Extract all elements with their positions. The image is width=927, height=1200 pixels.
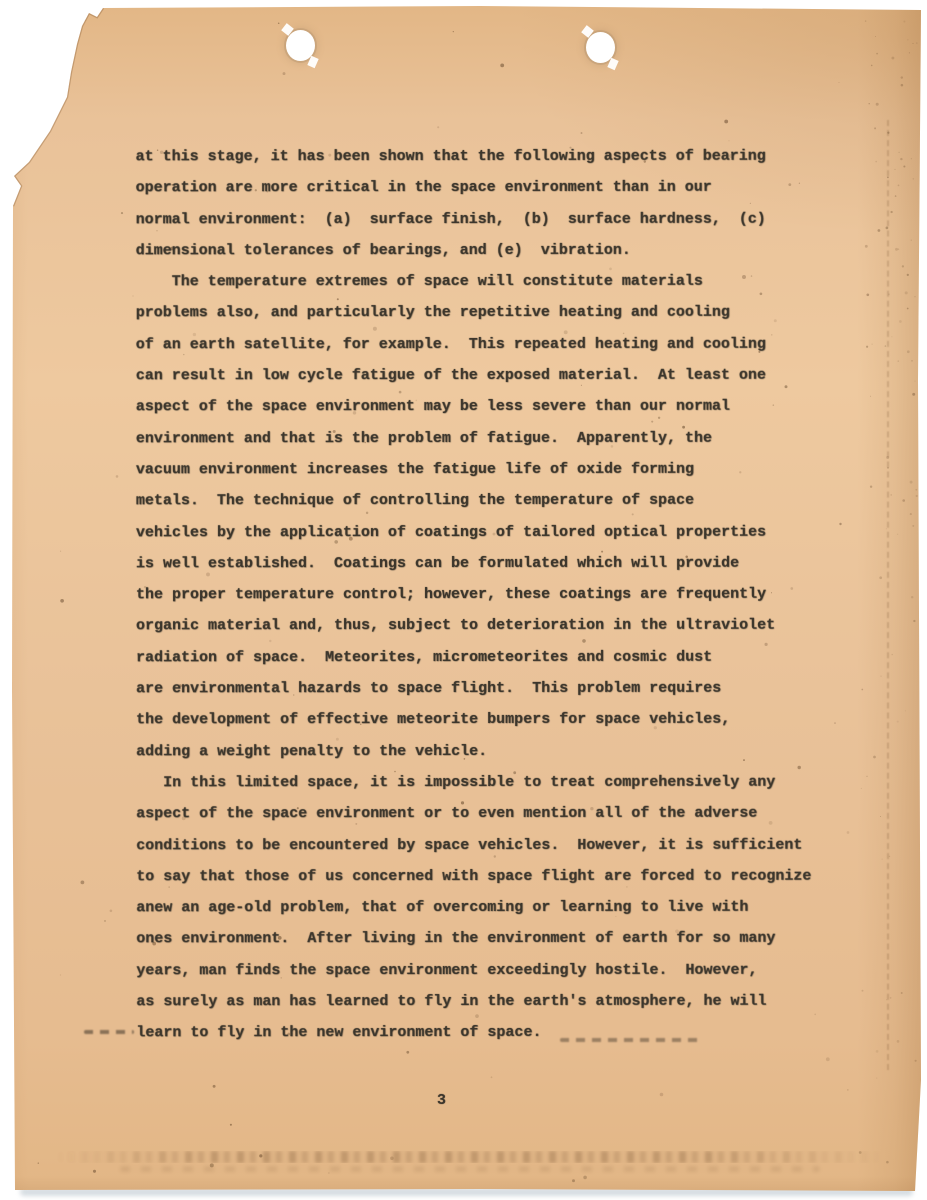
text-line: the development of effective meteorite b… <box>136 704 811 736</box>
text-line: are environmental hazards to space fligh… <box>136 673 811 705</box>
text-line: aspect of the space environment or to ev… <box>136 798 811 830</box>
text-line: dimensional tolerances of bearings, and … <box>136 235 811 267</box>
scan-streak-line <box>887 120 889 1070</box>
text-line: years, man finds the space environment e… <box>136 954 811 986</box>
ink-bleedthrough-band-faint <box>120 1166 820 1172</box>
text-line: aspect of the space environment may be l… <box>136 391 811 423</box>
scanned-document-page: at this stage, it has been shown that th… <box>0 0 927 1200</box>
text-line: as surely as man has learned to fly in t… <box>136 986 811 1018</box>
text-line: In this limited space, it is impossible … <box>136 767 811 799</box>
document-text: at this stage, it has been shown that th… <box>136 141 812 1049</box>
text-line: learn to fly in the new environment of s… <box>136 1017 811 1049</box>
text-line: metals. The technique of controlling the… <box>136 485 811 517</box>
text-line: The temperature extremes of space will c… <box>136 266 811 298</box>
text-line: operation are more critical in the space… <box>136 172 811 204</box>
text-line: normal environment: (a) surface finish, … <box>136 203 811 235</box>
text-line: ones environment. After living in the en… <box>136 923 811 955</box>
text-line: can result in low cycle fatigue of the e… <box>136 360 811 392</box>
text-line: at this stage, it has been shown that th… <box>136 141 811 173</box>
text-line: is well established. Coatings can be for… <box>136 548 811 580</box>
text-line: the proper temperature control; however,… <box>136 579 811 611</box>
text-line: conditions to be encountered by space ve… <box>136 829 811 861</box>
text-line: of an earth satellite, for example. This… <box>136 328 811 360</box>
text-line: anew an age-old problem, that of overcom… <box>136 892 811 924</box>
crease-smudge-right <box>560 1038 700 1042</box>
text-line: environment and that is the problem of f… <box>136 422 811 454</box>
page-number: 3 <box>437 1092 446 1109</box>
text-line: adding a weight penalty to the vehicle. <box>136 735 811 767</box>
text-line: vacuum environment increases the fatigue… <box>136 454 811 486</box>
text-line: to say that those of us concerned with s… <box>136 861 811 893</box>
ink-bleedthrough-band <box>55 1151 890 1163</box>
crease-smudge-left <box>84 1030 134 1034</box>
paper-sheet: at this stage, it has been shown that th… <box>0 0 927 1200</box>
punch-hole-right <box>586 32 615 63</box>
punch-hole-left <box>286 30 315 61</box>
text-line: radiation of space. Meteorites, micromet… <box>136 641 811 673</box>
torn-edge-line <box>13 8 103 206</box>
text-line: vehicles by the application of coatings … <box>136 516 811 548</box>
text-line: problems also, and particularly the repe… <box>136 297 811 329</box>
text-line: organic material and, thus, subject to d… <box>136 610 811 642</box>
